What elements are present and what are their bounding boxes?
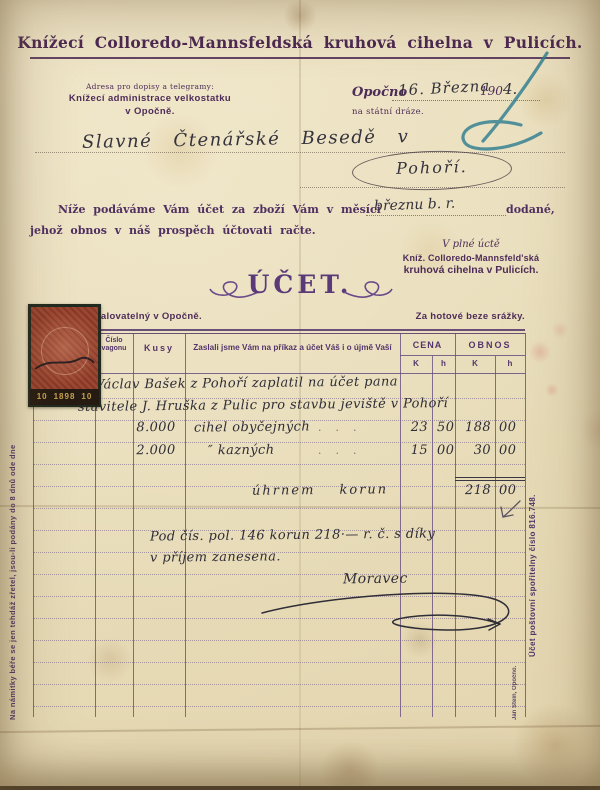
stamp-right-value: 10 <box>81 392 92 401</box>
closing-line2: Kníž. Colloredo-Mannsfeld'ská <box>393 253 549 263</box>
row2-cena-h: 00 <box>437 443 455 458</box>
photo-edge <box>0 786 600 790</box>
table-line <box>400 355 525 356</box>
obnos-h-header: h <box>495 359 525 368</box>
col-header-obnos: OBNOS <box>455 340 525 350</box>
table-top-rule2 <box>33 333 525 335</box>
row-line <box>33 662 525 663</box>
entry-line2: stavitele J. Hruška z Pulic pro stavbu j… <box>78 396 448 415</box>
row1-obnos-k: 188 <box>455 420 491 435</box>
total-rule <box>455 480 525 481</box>
table-top-rule <box>33 329 525 331</box>
total-obnos-k: 218 <box>453 483 491 498</box>
flourish-right-icon <box>338 277 394 305</box>
right-margin-note: Účet poštovní spořitelny číslo 816.748. <box>528 345 541 657</box>
addressee-handwritten: Slavné Čtenářské Besedě v <box>82 126 410 153</box>
stamp-year: 1898 <box>54 392 76 401</box>
table-line <box>455 333 456 717</box>
row1-leader-dots: ··· <box>318 424 371 437</box>
vertical-fold-crease <box>299 0 301 790</box>
printer-imprint: Jan Stein, Opočno. <box>512 650 522 720</box>
row1-kusy: 8.000 <box>130 420 182 436</box>
terms-right: Za hotové beze srážky. <box>385 311 525 322</box>
stamp-value-band: 10189810 <box>30 389 99 405</box>
addressee-dotted-line <box>35 152 565 153</box>
row-line <box>33 684 525 685</box>
address-block: Adresa pro dopisy a telegramy: Knížecí a… <box>35 82 265 117</box>
row2-obnos-h: 00 <box>499 443 521 458</box>
cena-h-header: h <box>432 359 455 368</box>
row2-cena-k: 15 <box>400 443 428 458</box>
obnos-k-header: K <box>455 359 495 368</box>
destination-ellipse: Pohoří. <box>352 149 513 192</box>
row2-kusy: 2.000 <box>130 443 182 459</box>
invoice-document: Knížecí Colloredo-Mannsfeldská kruhová c… <box>0 0 600 790</box>
table-line <box>525 333 526 717</box>
row1-desc: cihel obyčejných <box>194 419 310 435</box>
stamp-pen-cancel <box>31 353 98 375</box>
signature-flourish <box>250 575 535 655</box>
row1-obnos-h: 00 <box>499 420 521 435</box>
destination-dotted-line <box>300 187 565 188</box>
note-line2: v příjem zanesena. <box>150 549 281 565</box>
total-obnos-h: 00 <box>499 483 521 498</box>
total-label: úhrnem korun <box>252 482 388 498</box>
row2-desc: ″ kazných <box>208 443 275 459</box>
closing-line1: V plné úctě <box>393 239 549 250</box>
row1-cena-k: 23 <box>400 420 428 435</box>
intro-line2: jehož obnos v náš prospěch účtovati račt… <box>30 224 316 237</box>
revenue-stamp: 10189810 <box>28 304 101 407</box>
handwritten-month: březnu b. r. <box>374 196 456 215</box>
destination-handwritten: Pohoří. <box>396 157 468 178</box>
table-header-bottom-rule <box>33 373 525 374</box>
total-rule <box>455 477 525 478</box>
row-line <box>33 706 525 707</box>
note-line1: Pod čís. pol. 146 korun 218·— r. č. s dí… <box>150 527 435 545</box>
address-caption: Adresa pro dopisy a telegramy: <box>35 82 265 91</box>
address-line2: v Opočně. <box>35 106 265 117</box>
check-arrow-mark <box>496 498 524 522</box>
row1-cena-h: 50 <box>437 420 455 435</box>
entry-line1: Václav Bašek z Pohoří zaplatil na účet p… <box>95 374 398 392</box>
month-dotted-line <box>366 215 506 216</box>
blue-pencil-mark <box>425 45 575 155</box>
col-header-cena: CENA <box>400 340 455 350</box>
stamp-left-value: 10 <box>37 392 48 401</box>
left-margin-note: Na námitky béře se jen tehdáž zřetel, js… <box>8 322 22 720</box>
railway-note: na státní dráze. <box>352 107 424 117</box>
intro-line1-end: dodané, <box>506 203 555 216</box>
row2-obnos-k: 30 <box>455 443 491 458</box>
row2-leader-dots: ··· <box>318 447 371 460</box>
row-line <box>33 464 525 465</box>
col-header-desc: Zaslali jsme Vám na příkaz a účet Váš i … <box>185 343 400 352</box>
cena-k-header: K <box>400 359 432 368</box>
row-line <box>33 508 525 509</box>
address-line1: Knížecí administrace velkostatku <box>35 93 265 104</box>
invoice-heading: ÚČET. <box>0 270 600 299</box>
intro-line1: Níže podáváme Vám účet za zboží Vám v mě… <box>58 203 381 216</box>
table-line <box>400 333 401 717</box>
col-header-kusy: Kusy <box>133 343 185 353</box>
